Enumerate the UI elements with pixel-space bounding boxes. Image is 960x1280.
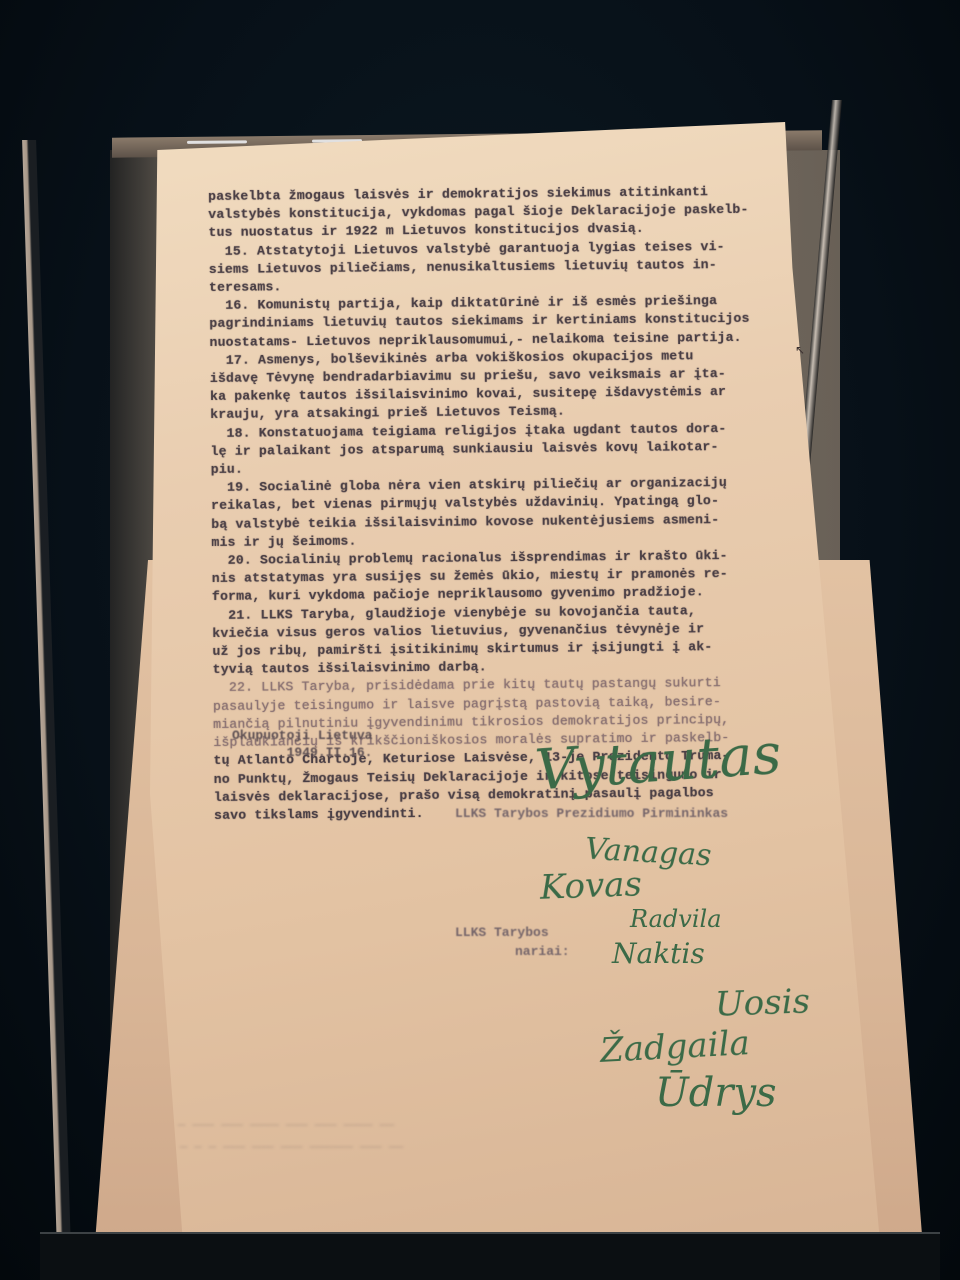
glass-left-edge bbox=[22, 140, 72, 1280]
member-signature-2: Kovas bbox=[539, 864, 642, 908]
members-role-label-1: LLKS Tarybos bbox=[455, 925, 549, 940]
member-signature-7: Ūdrys bbox=[655, 1070, 777, 1116]
bleed-through-text-1: — ——— ——— ———— ——— ——— ———— —— bbox=[178, 1118, 394, 1132]
member-signature-3: Radvila bbox=[630, 905, 722, 933]
display-case-base bbox=[40, 1232, 940, 1280]
pencil-mark: ↖ bbox=[795, 343, 805, 358]
chairman-role-label: LLKS Tarybos Prezidiumo Pirmininkas bbox=[455, 806, 728, 821]
bleed-through-text-2: — — — ——— ——— ——— —————— ——— —— bbox=[180, 1140, 403, 1154]
document-place: Okupuotoji Lietuva bbox=[232, 728, 372, 743]
member-signature-4: Naktis bbox=[612, 937, 705, 970]
document-place-date: Okupuotoji Lietuva 1949.II.16. bbox=[232, 727, 372, 761]
member-signature-6: Žadgaila bbox=[599, 1023, 751, 1071]
members-role-label-2: nariai: bbox=[515, 944, 570, 959]
member-signature-5: Uosis bbox=[714, 981, 810, 1024]
document-date: 1949.II.16. bbox=[287, 745, 373, 760]
